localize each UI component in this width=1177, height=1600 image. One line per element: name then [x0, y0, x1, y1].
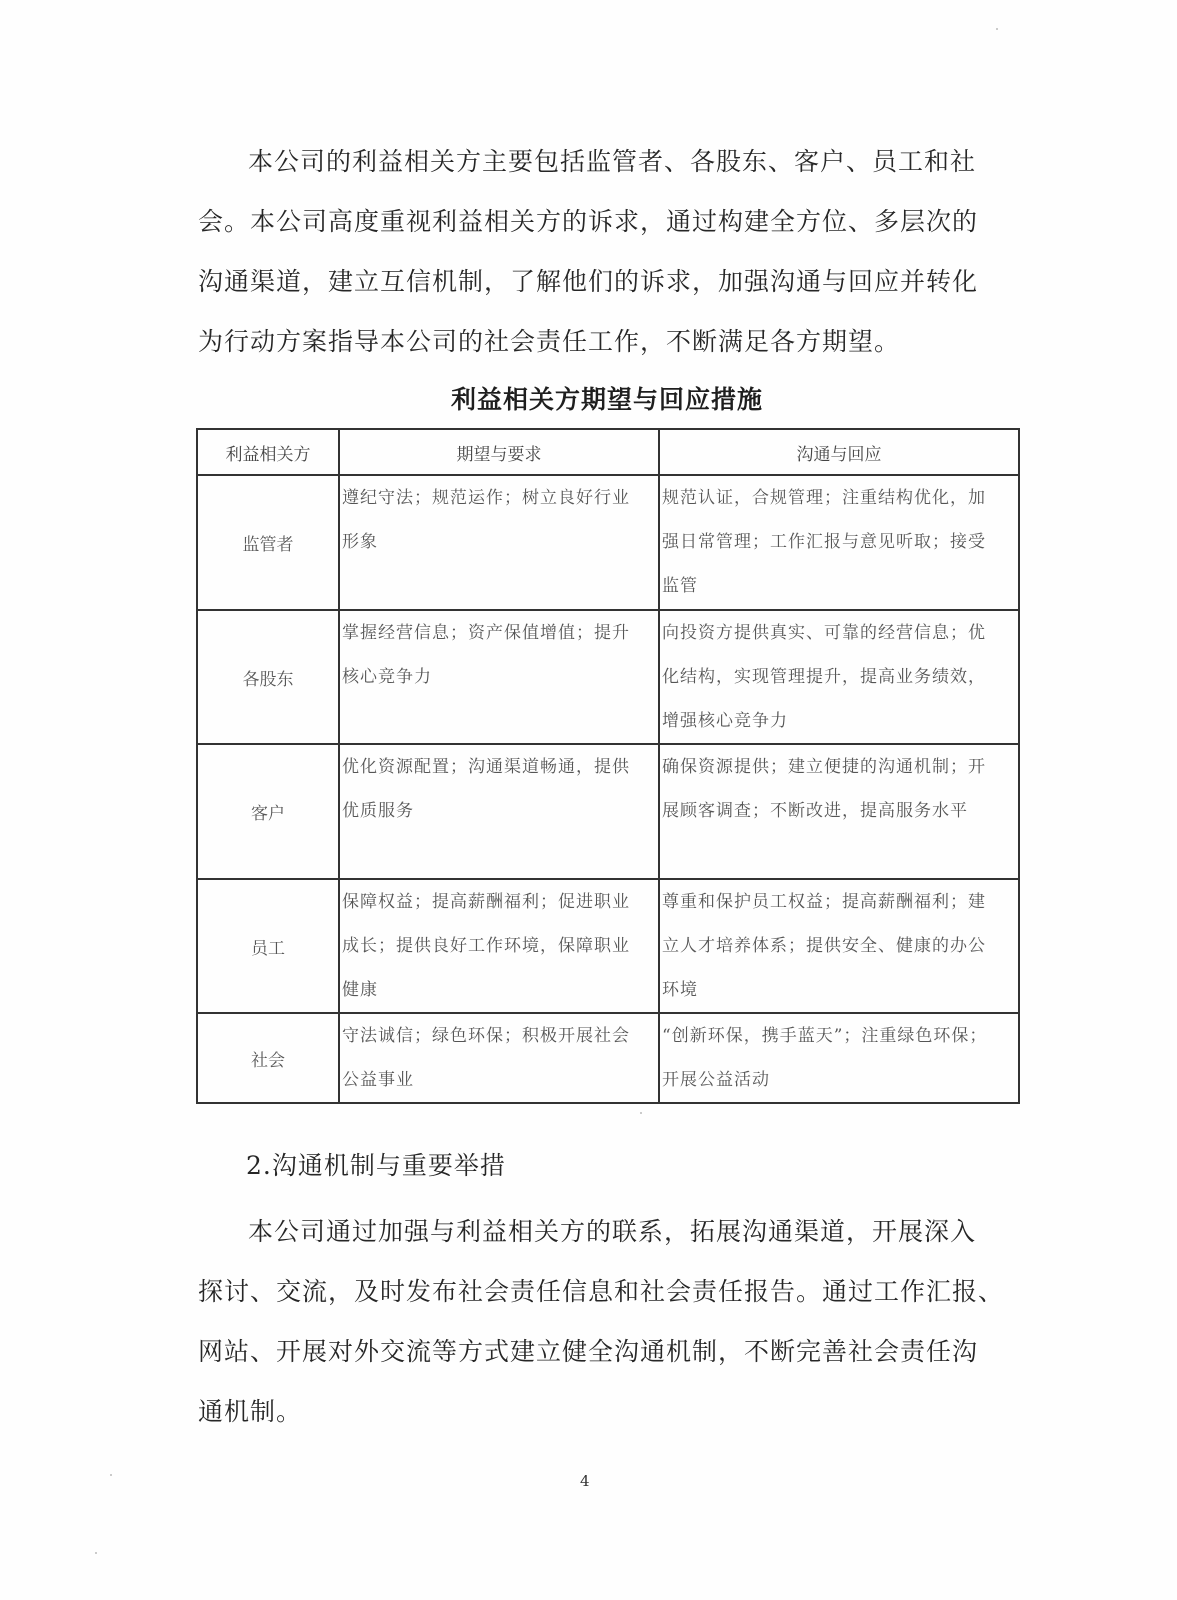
section2-line: 通机制。: [198, 1382, 988, 1442]
cell-line: 掌握经营信息；资产保值增值；提升: [342, 611, 658, 655]
section2-line: 本公司通过加强与利益相关方的联系，拓展沟通渠道，开展深入: [198, 1202, 988, 1262]
intro-line: 会。本公司高度重视利益相关方的诉求，通过构建全方位、多层次的: [198, 192, 988, 252]
document-page: 本公司的利益相关方主要包括监管者、各股东、客户、员工和社 会。本公司高度重视利益…: [0, 0, 1177, 1600]
cell-line: 健康: [342, 968, 658, 1012]
intro-line: 为行动方案指导本公司的社会责任工作，不断满足各方期望。: [198, 312, 988, 372]
cell-line: 规范认证，合规管理；注重结构优化，加: [662, 476, 1018, 520]
table-header-row: 利益相关方 期望与要求 沟通与回应: [197, 429, 1019, 475]
cell-line: 监管: [662, 564, 1018, 608]
intro-line: 沟通渠道，建立互信机制，了解他们的诉求，加强沟通与回应并转化: [198, 252, 988, 312]
stakeholder-cell: 监管者: [197, 475, 339, 610]
cell-line: 向投资方提供真实、可靠的经营信息；优: [662, 611, 1018, 655]
expectations-cell: 优化资源配置；沟通渠道畅通，提供 优质服务: [339, 744, 659, 879]
page-number: 4: [580, 1472, 590, 1490]
cell-line: 优化资源配置；沟通渠道畅通，提供: [342, 745, 658, 789]
cell-line: 确保资源提供；建立便捷的沟通机制；开: [662, 745, 1018, 789]
expectations-cell: 守法诚信；绿色环保；积极开展社会 公益事业: [339, 1013, 659, 1103]
cell-line: 环境: [662, 968, 1018, 1012]
expectations-cell: 保障权益；提高薪酬福利；促进职业 成长；提供良好工作环境，保障职业 健康: [339, 879, 659, 1013]
scan-speck: [996, 28, 998, 30]
section2-paragraph: 本公司通过加强与利益相关方的联系，拓展沟通渠道，开展深入 探讨、交流，及时发布社…: [198, 1202, 988, 1442]
scan-speck: [640, 1112, 642, 1114]
stakeholder-table: 利益相关方 期望与要求 沟通与回应 监管者 遵纪守法；规范运作；树立良好行业 形…: [196, 428, 1020, 1104]
cell-line: 守法诚信；绿色环保；积极开展社会: [342, 1014, 658, 1058]
table-row: 员工 保障权益；提高薪酬福利；促进职业 成长；提供良好工作环境，保障职业 健康 …: [197, 879, 1019, 1013]
responses-cell: 规范认证，合规管理；注重结构优化，加 强日常管理；工作汇报与意见听取；接受 监管: [659, 475, 1019, 610]
cell-line: 成长；提供良好工作环境，保障职业: [342, 924, 658, 968]
expectations-cell: 掌握经营信息；资产保值增值；提升 核心竞争力: [339, 610, 659, 744]
table-title: 利益相关方期望与回应措施: [196, 380, 1018, 416]
table-row: 各股东 掌握经营信息；资产保值增值；提升 核心竞争力 向投资方提供真实、可靠的经…: [197, 610, 1019, 744]
stakeholder-cell: 员工: [197, 879, 339, 1013]
cell-line: 立人才培养体系；提供安全、健康的办公: [662, 924, 1018, 968]
cell-line: 展顾客调查；不断改进，提高服务水平: [662, 789, 1018, 833]
responses-cell: “创新环保，携手蓝天”；注重绿色环保； 开展公益活动: [659, 1013, 1019, 1103]
cell-line: 强日常管理；工作汇报与意见听取；接受: [662, 520, 1018, 564]
cell-line: 化结构，实现管理提升，提高业务绩效，: [662, 655, 1018, 699]
cell-line: 增强核心竞争力: [662, 699, 1018, 743]
scan-speck: [110, 1474, 112, 1476]
cell-line: 尊重和保护员工权益；提高薪酬福利；建: [662, 880, 1018, 924]
expectations-cell: 遵纪守法；规范运作；树立良好行业 形象: [339, 475, 659, 610]
cell-line: 公益事业: [342, 1058, 658, 1102]
stakeholder-cell: 各股东: [197, 610, 339, 744]
cell-line: “创新环保，携手蓝天”；注重绿色环保；: [662, 1014, 1018, 1058]
stakeholder-cell: 社会: [197, 1013, 339, 1103]
section2-line: 探讨、交流，及时发布社会责任信息和社会责任报告。通过工作汇报、: [198, 1262, 988, 1322]
column-header-responses: 沟通与回应: [659, 429, 1019, 475]
section-heading: 2.沟通机制与重要举措: [246, 1146, 506, 1182]
table-row: 社会 守法诚信；绿色环保；积极开展社会 公益事业 “创新环保，携手蓝天”；注重绿…: [197, 1013, 1019, 1103]
cell-line: 优质服务: [342, 789, 658, 833]
cell-line: 开展公益活动: [662, 1058, 1018, 1102]
column-header-expectations: 期望与要求: [339, 429, 659, 475]
cell-line: 形象: [342, 520, 658, 564]
responses-cell: 尊重和保护员工权益；提高薪酬福利；建 立人才培养体系；提供安全、健康的办公 环境: [659, 879, 1019, 1013]
table-row: 客户 优化资源配置；沟通渠道畅通，提供 优质服务 确保资源提供；建立便捷的沟通机…: [197, 744, 1019, 879]
column-header-stakeholder: 利益相关方: [197, 429, 339, 475]
cell-line: 核心竞争力: [342, 655, 658, 699]
intro-paragraph: 本公司的利益相关方主要包括监管者、各股东、客户、员工和社 会。本公司高度重视利益…: [198, 132, 988, 372]
cell-line: 保障权益；提高薪酬福利；促进职业: [342, 880, 658, 924]
table-row: 监管者 遵纪守法；规范运作；树立良好行业 形象 规范认证，合规管理；注重结构优化…: [197, 475, 1019, 610]
section2-line: 网站、开展对外交流等方式建立健全沟通机制，不断完善社会责任沟: [198, 1322, 988, 1382]
cell-line: 遵纪守法；规范运作；树立良好行业: [342, 476, 658, 520]
stakeholder-cell: 客户: [197, 744, 339, 879]
responses-cell: 确保资源提供；建立便捷的沟通机制；开 展顾客调查；不断改进，提高服务水平: [659, 744, 1019, 879]
scan-speck: [95, 1552, 97, 1554]
intro-line: 本公司的利益相关方主要包括监管者、各股东、客户、员工和社: [198, 132, 988, 192]
responses-cell: 向投资方提供真实、可靠的经营信息；优 化结构，实现管理提升，提高业务绩效， 增强…: [659, 610, 1019, 744]
